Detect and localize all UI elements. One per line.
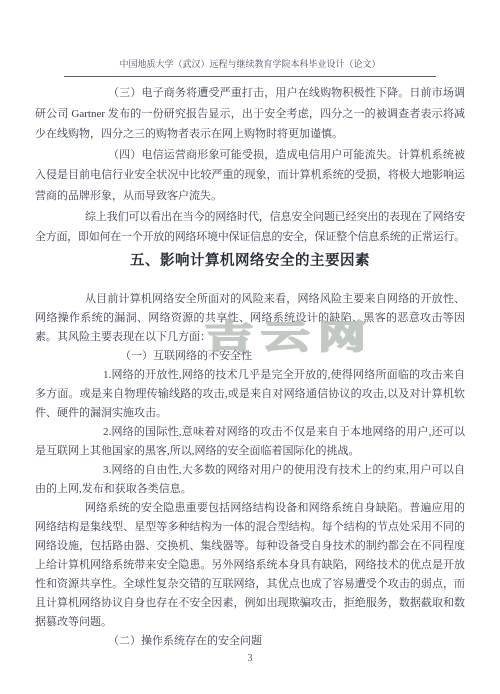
numbered-paragraph-2: 2.网络的国际性,意味着对网络的攻击不仅是来自于本地网络的用户,还可以是互联网上… — [35, 423, 465, 461]
paragraph-summary: 综上我们可以看出在当今的网络时代，信息安全问题已经突出的表现在了网络安全方面，即… — [35, 207, 465, 248]
subsection-heading-two: （二）操作系统存在的安全问题 — [35, 632, 465, 651]
paragraph-item-four: （四）电信运营商形象可能受损，造成电信用户可能流失。计算机系统被入侵是目前电信行… — [35, 145, 465, 207]
document-page: 中国地质大学（武汉）远程与继续教育学院本科毕业设计（论文） 吉云网 （三）电子商… — [0, 0, 500, 694]
subsection-heading-one: （一）互联网络的不安全性 — [35, 347, 465, 366]
paragraph-risk-overview: 从目前计算机网络安全所面对的风险来看，网络风险主要来自网络的开放性、网络操作系统… — [35, 290, 465, 347]
page-header: 中国地质大学（武汉）远程与继续教育学院本科毕业设计（论文） — [0, 0, 500, 77]
header-title: 中国地质大学（武汉）远程与继续教育学院本科毕业设计（论文） — [0, 56, 500, 72]
section-heading: 五、影响计算机网络安全的主要因素 — [35, 250, 465, 272]
numbered-paragraph-3: 3.网络的自由性,大多数的网络对用户的使用没有技术上的约束,用户可以自由的上网,… — [35, 461, 465, 499]
page-number: 3 — [248, 653, 253, 664]
document-body: （三）电子商务将遭受严重打击，用户在线购物积极性下降。日前市场调研公司 Gart… — [35, 77, 465, 666]
numbered-paragraph-1: 1.网络的开放性,网络的技术几乎是完全开放的,使得网络所面临的攻击来自多方面。或… — [35, 366, 465, 423]
paragraph-network-flaws: 网络系统的安全隐患重要包括网络结构设备和网络系统自身缺陷。普遍应用的网络结构是集… — [35, 499, 465, 632]
paragraph-item-three: （三）电子商务将遭受严重打击，用户在线购物积极性下降。日前市场调研公司 Gart… — [35, 83, 465, 145]
page-footer: 3 — [35, 652, 465, 666]
